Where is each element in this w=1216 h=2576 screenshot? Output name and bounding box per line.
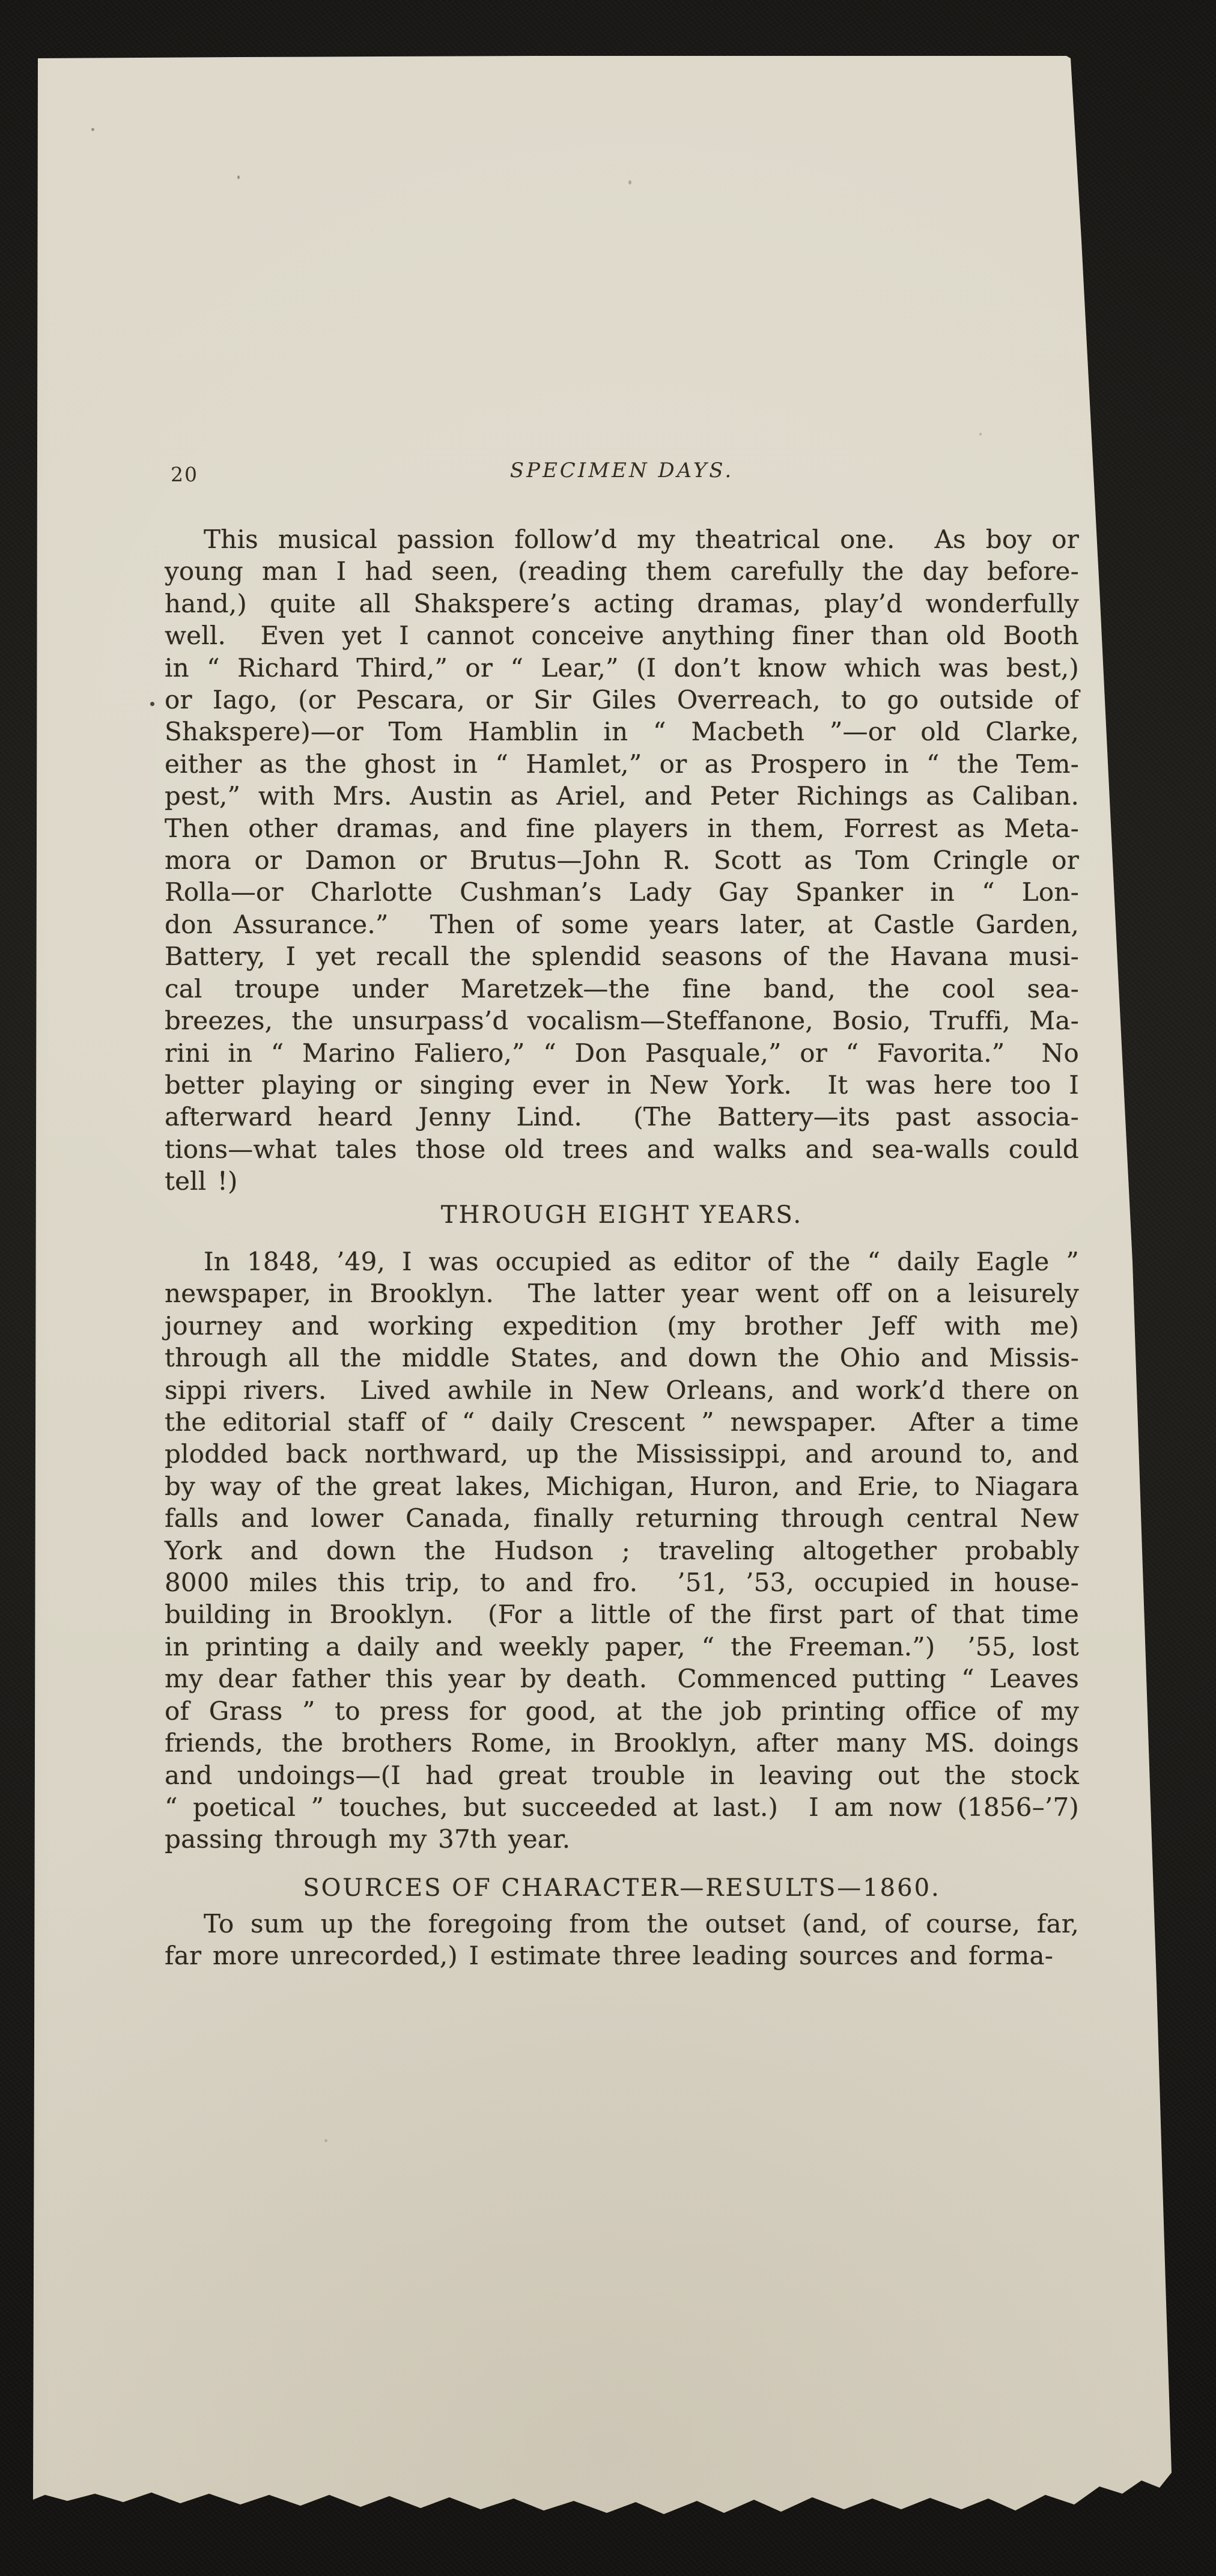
text-line: tell !) [165,1165,1079,1197]
section-heading-through-eight-years: THROUGH EIGHT YEARS. [165,1203,1079,1227]
margin-dot-mark [150,702,154,706]
text-line: by way of the great lakes, Michigan, Hur… [165,1470,1079,1502]
text-line: building in Brooklyn. (For a little of t… [165,1598,1079,1630]
paper-speck [237,175,240,179]
text-line: better playing or singing ever in New Yo… [165,1069,1079,1101]
text-line: mora or Damon or Brutus—John R. Scott as… [165,844,1079,876]
paragraph-sources-of-character: To sum up the foregoing from the outset … [165,1908,1079,1972]
text-line: breezes, the unsurpass’d vocalism—Steffa… [165,1005,1079,1037]
text-line: through all the middle States, and down … [165,1342,1079,1374]
text-line: Shakspere)—or Tom Hamblin in “ Macbeth ”… [165,716,1079,748]
text-line: pest,” with Mrs. Austin as Ariel, and Pe… [165,780,1079,812]
text-line: To sum up the foregoing from the outset … [165,1908,1079,1940]
text-line: newspaper, in Brooklyn. The latter year … [165,1277,1079,1309]
paper-speck [91,128,94,131]
scan-viewport: 20 SPECIMEN DAYS. This musical passion f… [0,0,1216,2576]
text-line: Rolla—or Charlotte Cushman’s Lady Gay Sp… [165,876,1079,908]
text-line: in “ Richard Third,” or “ Lear,” (I don’… [165,652,1079,684]
paper-speck [628,180,631,184]
paragraph-through-eight-years: In 1848, ’49, I was occupied as editor o… [165,1246,1079,1856]
text-line: plodded back northward, up the Mississip… [165,1438,1079,1470]
paper-speck [324,2139,327,2142]
text-line: hand,) quite all Shakspere’s acting dram… [165,588,1079,620]
text-line: in printing a daily and weekly paper, “ … [165,1631,1079,1663]
paragraph-musical-passion: This musical passion follow’d my theatri… [165,523,1079,1198]
paper-speck [849,660,851,663]
text-line: cal troupe under Maretzek—the fine band,… [165,973,1079,1005]
text-line: sippi rivers. Lived awhile in New Orlean… [165,1374,1079,1406]
text-line: falls and lower Canada, finally returnin… [165,1502,1079,1534]
text-line: far more unrecorded,) I estimate three l… [165,1940,1079,1972]
text-line: the editorial staff of “ daily Crescent … [165,1406,1079,1438]
text-line: Battery, I yet recall the splendid seaso… [165,940,1079,972]
text-line: York and down the Hudson ; traveling alt… [165,1535,1079,1567]
text-line: my dear father this year by death. Comme… [165,1663,1079,1694]
text-line: either as the ghost in “ Hamlet,” or as … [165,748,1079,780]
running-title: SPECIMEN DAYS. [165,458,1079,483]
text-line: young man I had seen, (reading them care… [165,555,1079,587]
text-line: tions—what tales those old trees and wal… [165,1133,1079,1165]
text-line: don Assurance.” Then of some years later… [165,909,1079,940]
text-line: well. Even yet I cannot conceive anythin… [165,620,1079,651]
scanned-page: 20 SPECIMEN DAYS. This musical passion f… [0,0,1216,2576]
section-heading-sources-of-character: SOURCES OF CHARACTER—RESULTS—1860. [165,1876,1079,1900]
text-line: This musical passion follow’d my theatri… [165,523,1079,555]
text-line: In 1848, ’49, I was occupied as editor o… [165,1246,1079,1277]
text-line: journey and working expedition (my broth… [165,1310,1079,1342]
text-line: and undoings—(I had great trouble in lea… [165,1759,1079,1791]
text-line: 8000 miles this trip, to and fro. ’51, ’… [165,1567,1079,1598]
text-line: of Grass ” to press for good, at the job… [165,1695,1079,1727]
text-line: or Iago, (or Pescara, or Sir Giles Overr… [165,684,1079,716]
text-line: afterward heard Jenny Lind. (The Battery… [165,1101,1079,1133]
text-line: rini in “ Marino Faliero,” “ Don Pasqual… [165,1037,1079,1069]
text-line: “ poetical ” touches, but succeeded at l… [165,1791,1079,1823]
paper-speck [979,433,982,436]
text-line: friends, the brothers Rome, in Brooklyn,… [165,1727,1079,1759]
text-line: passing through my 37th year. [165,1823,1079,1855]
text-line: Then other dramas, and fine players in t… [165,812,1079,844]
